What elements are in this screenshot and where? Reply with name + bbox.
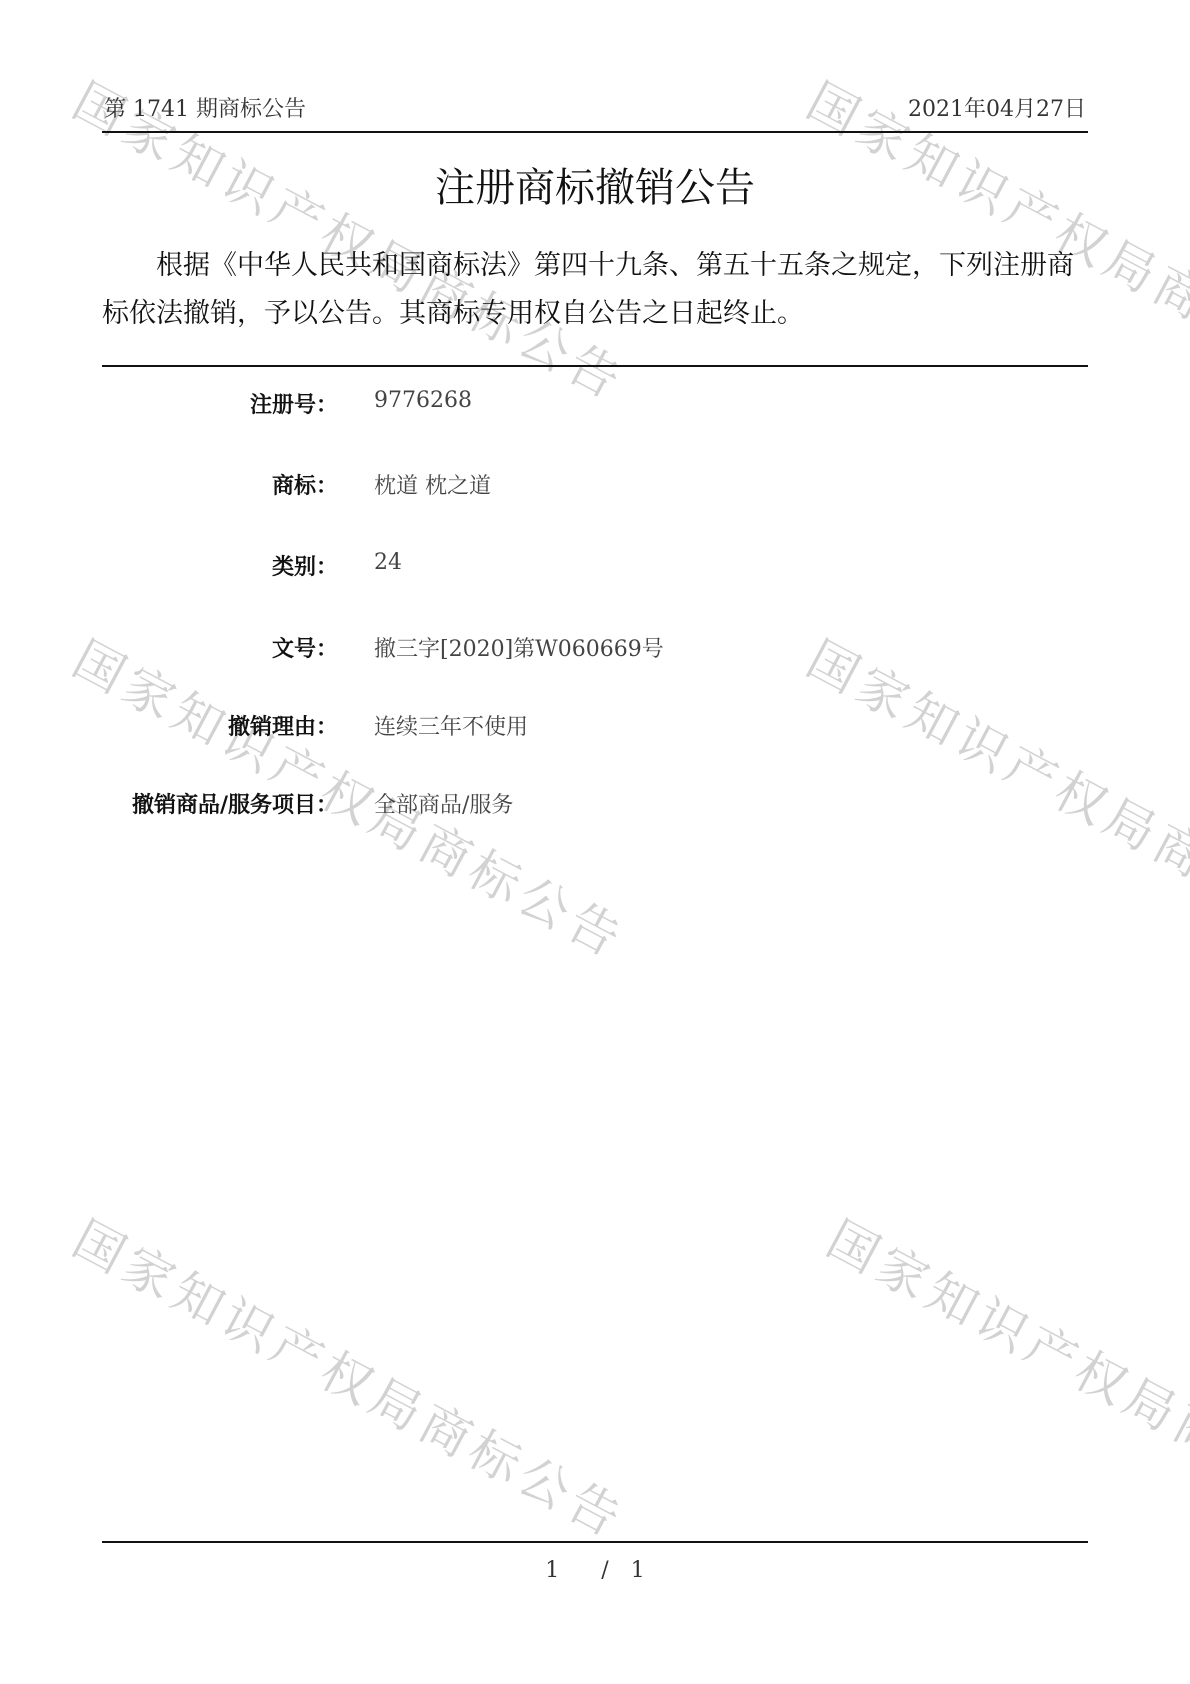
field-label: 撤销商品/服务项目： [132,788,338,819]
field-revoked-goods: 撤销商品/服务项目： 全部商品/服务 [0,788,1190,822]
field-class: 类别： 24 [0,550,1190,584]
field-registration-number: 注册号： 9776268 [0,388,1190,422]
field-value: 9776268 [374,388,472,413]
field-label: 商标： [272,469,338,500]
document-title: 注册商标撤销公告 [0,156,1190,213]
field-document-number: 文号： 撤三字[2020]第W060669号 [0,632,1190,666]
intro-paragraph: 根据《中华人民共和国商标法》第四十九条、第五十五条之规定，下列注册商标依法撤销，… [102,242,1088,338]
field-label: 撤销理由： [228,710,338,741]
page-current: 1 [545,1558,559,1583]
publication-date: 2021年04月27日 [908,92,1086,123]
body-divider [102,365,1088,367]
page-separator: / [601,1558,608,1583]
watermark: 国家知识产权局商标公告 [62,1200,640,1553]
field-label: 类别： [272,550,338,581]
field-trademark: 商标： 枕道 枕之道 [0,469,1190,503]
field-label: 文号： [272,632,338,663]
field-value: 全部商品/服务 [374,788,513,819]
header-divider [102,131,1088,133]
page-indicator: 1 / 1 [0,1558,1190,1583]
field-label: 注册号： [250,388,338,419]
footer-divider [102,1541,1088,1543]
issue-number: 第 1741 期商标公告 [104,92,306,123]
field-value: 24 [374,550,402,575]
field-value: 枕道 枕之道 [374,469,491,500]
page-total: 1 [631,1558,645,1583]
field-revocation-reason: 撤销理由： 连续三年不使用 [0,710,1190,744]
field-value: 撤三字[2020]第W060669号 [374,632,664,663]
field-value: 连续三年不使用 [374,710,528,741]
watermark: 国家知识产权局商标公告 [816,1200,1190,1553]
